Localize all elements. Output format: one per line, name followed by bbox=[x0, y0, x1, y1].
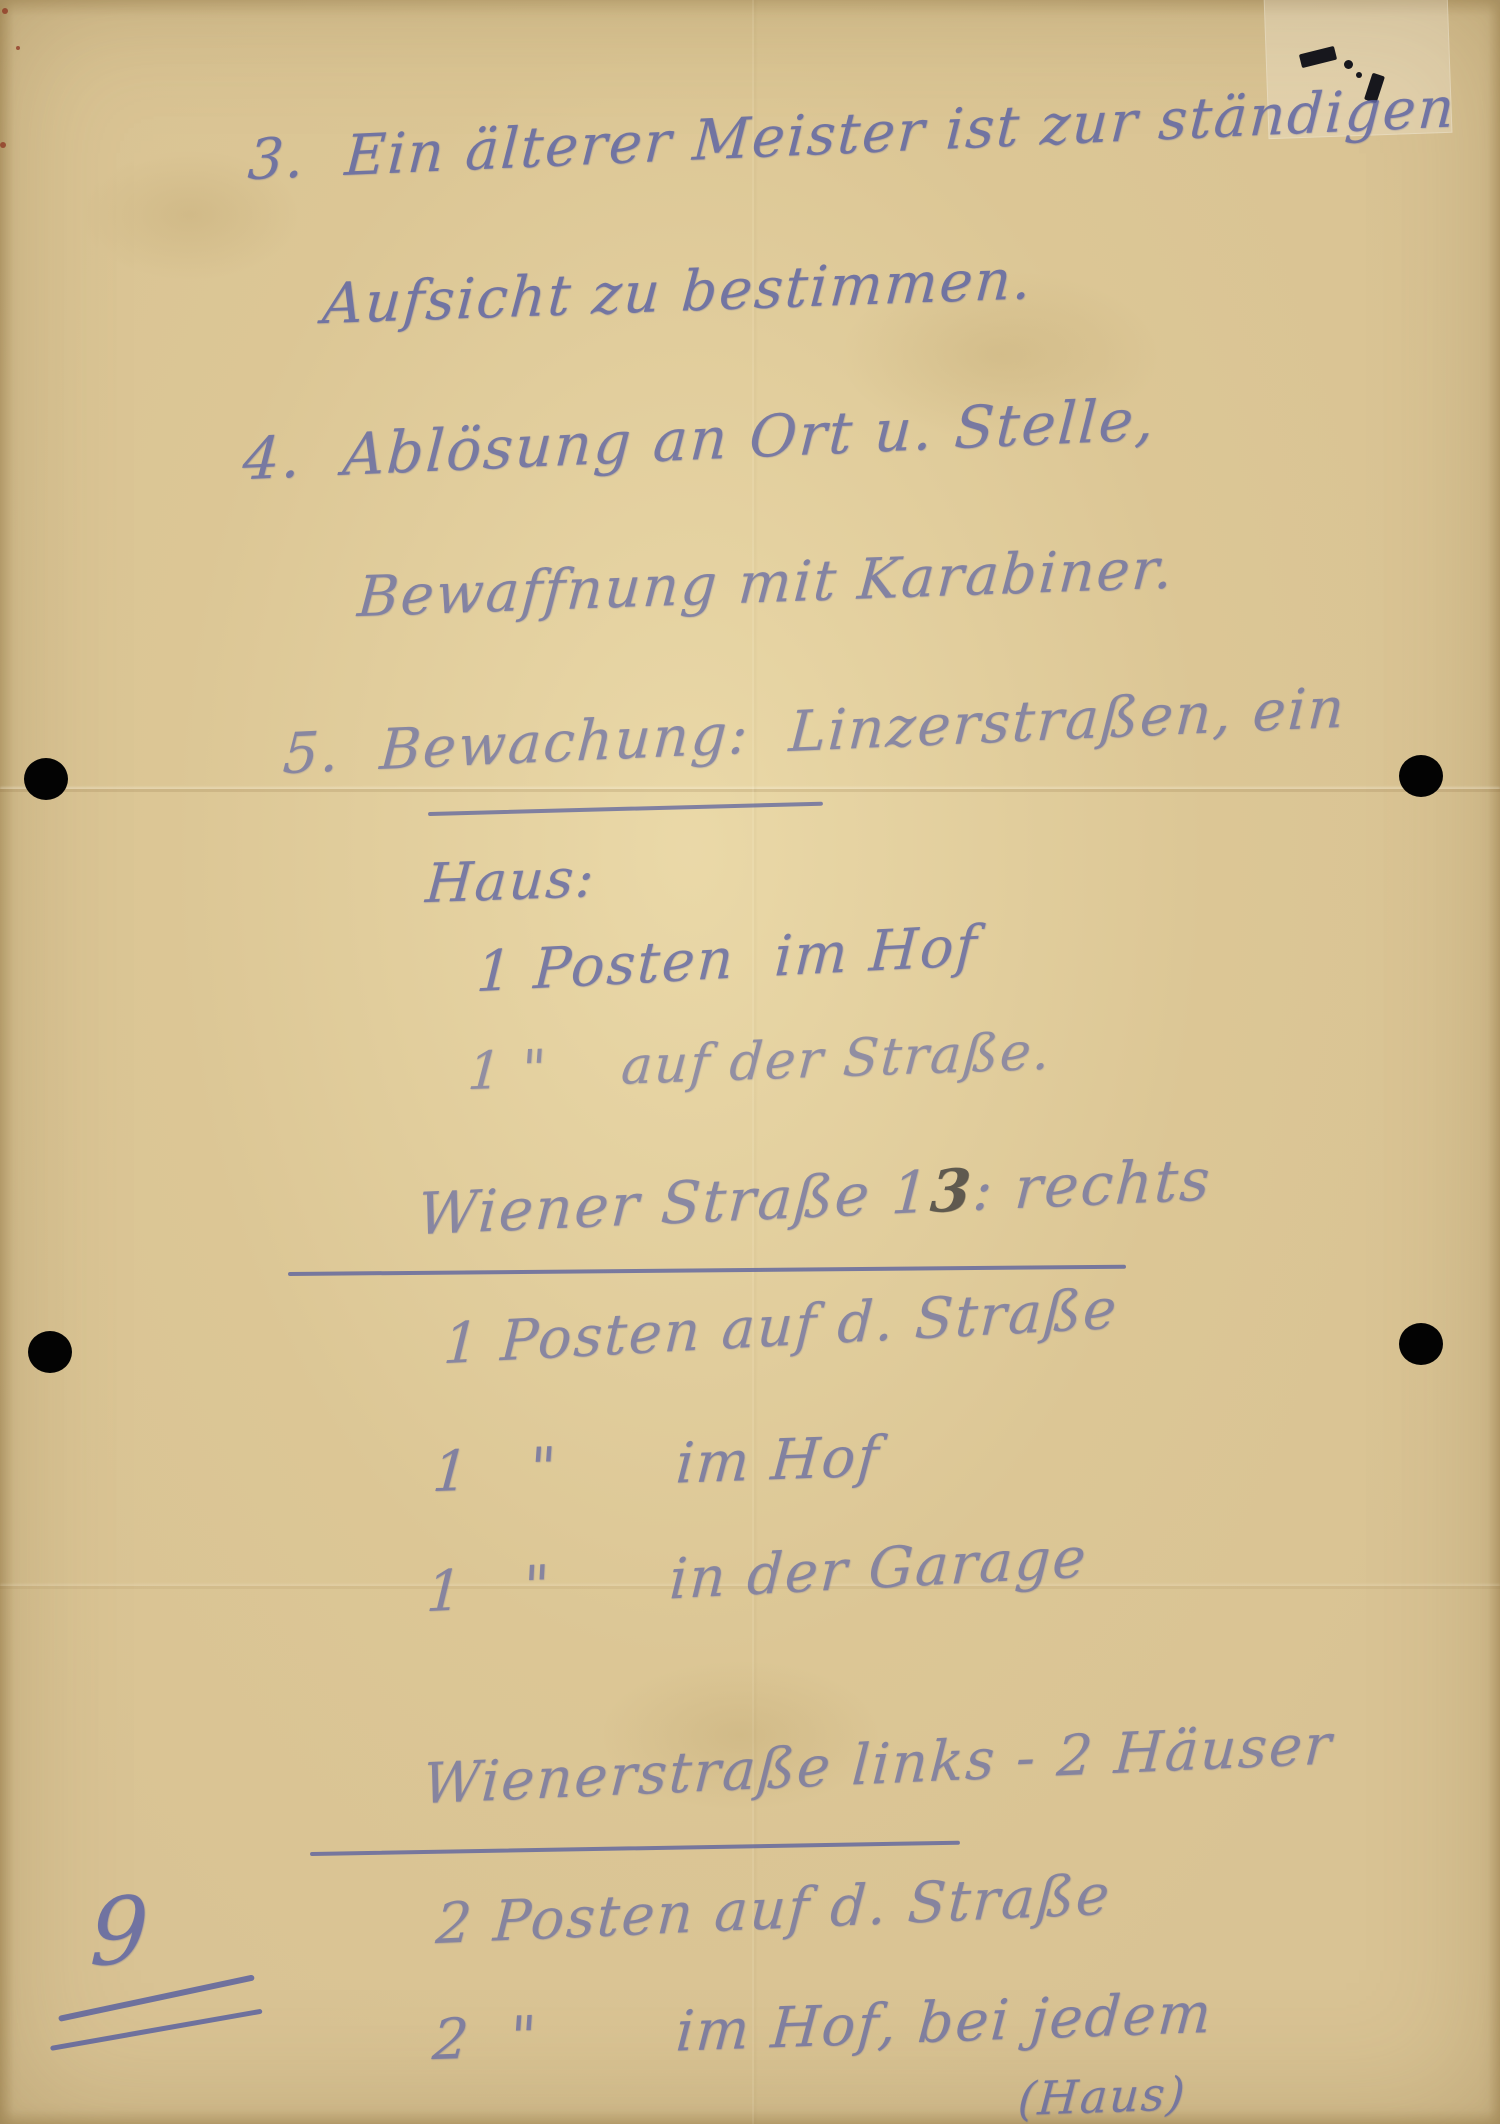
heading-text-post: : rechts bbox=[971, 1145, 1214, 1224]
handwritten-line-item4-1: 4. Ablösung an Ort u. Stelle, bbox=[241, 385, 1158, 493]
punch-hole-left-lower bbox=[28, 1331, 72, 1373]
underline-bewachung bbox=[428, 802, 823, 816]
handwritten-line-rechts-post2: 1 " im Hof bbox=[430, 1424, 882, 1505]
red-speck bbox=[0, 142, 6, 148]
overwritten-digit: 3 bbox=[928, 1156, 974, 1226]
handwritten-line-rechts-post3: 1 " in der Garage bbox=[425, 1525, 1090, 1625]
handwritten-line-item3-1: 3. Ein älterer Meister ist zur ständigen bbox=[246, 75, 1458, 193]
handwritten-heading-wiener-strasse-13-rechts: Wiener Straße 13: rechts bbox=[416, 1145, 1214, 1248]
handwritten-line-rechts-post1: 1 Posten auf d. Straße bbox=[442, 1277, 1120, 1378]
punch-hole-right-lower bbox=[1399, 1323, 1443, 1365]
handwritten-line-item5-1: 5. Bewachung: Linzerstraßen, ein bbox=[281, 676, 1348, 788]
scanned-handwritten-page: 3. Ein älterer Meister ist zur ständigen… bbox=[0, 0, 1500, 2124]
underline-wienerstrasse-links bbox=[310, 1841, 960, 1856]
underline-wiener-strasse-13 bbox=[288, 1265, 1126, 1276]
page-number: 9 bbox=[88, 1876, 152, 1988]
handwritten-line-item5-post1: 1 Posten im Hof bbox=[475, 914, 980, 1006]
red-speck bbox=[2, 8, 8, 14]
punch-hole-left-upper bbox=[24, 758, 68, 800]
handwritten-line-item5-2: Haus: bbox=[424, 846, 598, 915]
handwritten-line-item5-post2: 1 " auf der Straße. bbox=[466, 1022, 1054, 1103]
ink-mark bbox=[1356, 72, 1362, 78]
handwritten-line-item4-2: Bewaffnung mit Karabiner. bbox=[355, 536, 1176, 630]
ink-mark bbox=[1344, 60, 1353, 69]
handwritten-line-links-post2: 2 " im Hof, bei jedem bbox=[430, 1981, 1215, 2073]
punch-hole-right-upper bbox=[1399, 755, 1443, 797]
handwritten-line-links-post1: 2 Posten auf d. Straße bbox=[434, 1863, 1113, 1958]
red-speck bbox=[16, 46, 20, 50]
horizontal-fold-crease bbox=[0, 789, 1500, 792]
handwritten-line-links-post2b: (Haus) bbox=[1016, 2066, 1188, 2124]
heading-text-pre: Wiener Straße 1 bbox=[416, 1158, 933, 1249]
